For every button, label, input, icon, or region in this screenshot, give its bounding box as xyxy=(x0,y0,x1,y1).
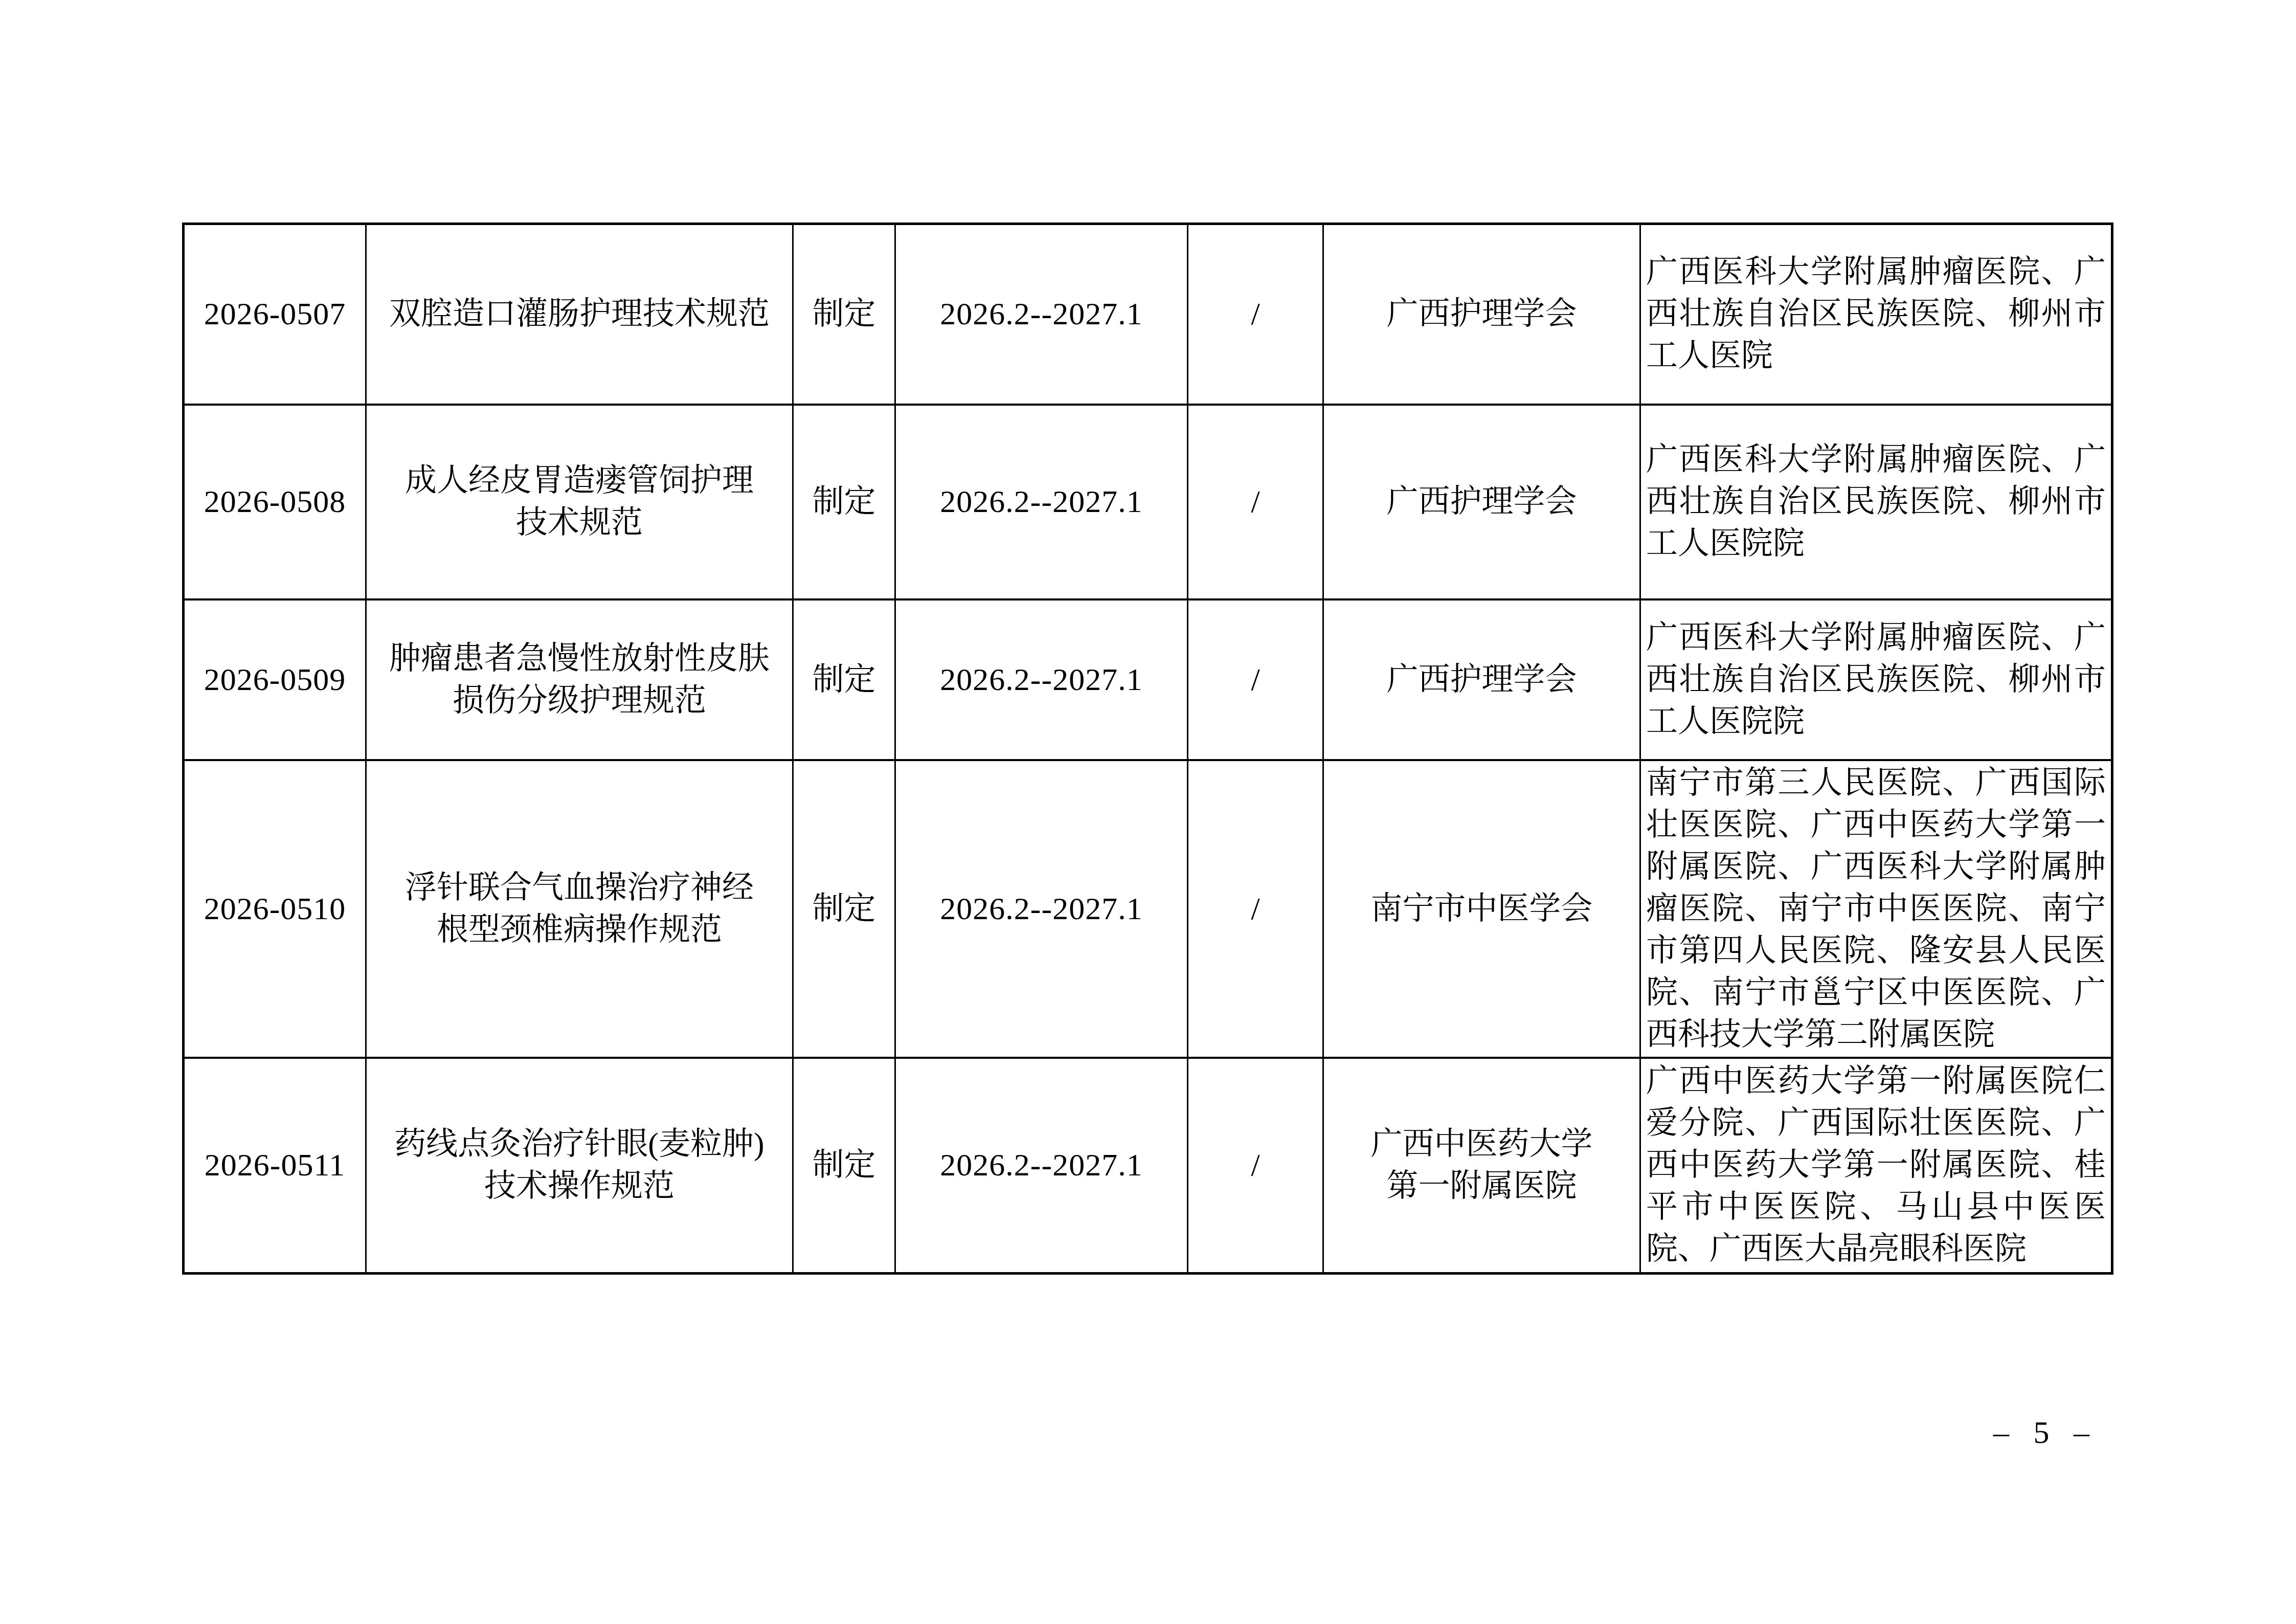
table-row: 2026-0511 药线点灸治疗针眼(麦粒肿) 技术操作规范 制定 2026.2… xyxy=(184,1058,2112,1274)
revision-type-cell: 制定 xyxy=(793,760,895,1058)
standard-name-cell: 浮针联合气血操治疗神经 根型颈椎病操作规范 xyxy=(366,760,793,1058)
plan-number-cell: 2026-0507 xyxy=(184,224,366,405)
proposing-org-cell: 广西护理学会 xyxy=(1323,405,1640,599)
table-row: 2026-0510 浮针联合气血操治疗神经 根型颈椎病操作规范 制定 2026.… xyxy=(184,760,2112,1058)
standard-name-cell: 成人经皮胃造瘘管饲护理 技术规范 xyxy=(366,405,793,599)
drafting-units-cell: 广西中医药大学第一附属医院仁爱分院、广西国际壮医医院、广西中医药大学第一附属医院… xyxy=(1640,1058,2112,1274)
table-row: 2026-0507 双腔造口灌肠护理技术规范 制定 2026.2--2027.1… xyxy=(184,224,2112,405)
drafting-units-cell: 南宁市第三人民医院、广西国际壮医医院、广西中医药大学第一附属医院、广西医科大学附… xyxy=(1640,760,2112,1058)
schedule-cell: 2026.2--2027.1 xyxy=(895,1058,1188,1274)
schedule-cell: 2026.2--2027.1 xyxy=(895,405,1188,599)
proposing-org-cell: 广西护理学会 xyxy=(1323,599,1640,760)
schedule-cell: 2026.2--2027.1 xyxy=(895,224,1188,405)
proposing-org-cell: 广西护理学会 xyxy=(1323,224,1640,405)
standard-name-cell: 药线点灸治疗针眼(麦粒肿) 技术操作规范 xyxy=(366,1058,793,1274)
slash-cell: / xyxy=(1188,405,1323,599)
schedule-cell: 2026.2--2027.1 xyxy=(895,760,1188,1058)
slash-cell: / xyxy=(1188,1058,1323,1274)
plan-number-cell: 2026-0510 xyxy=(184,760,366,1058)
drafting-units-cell: 广西医科大学附属肿瘤医院、广西壮族自治区民族医院、柳州市工人医院院 xyxy=(1640,599,2112,760)
drafting-units-cell: 广西医科大学附属肿瘤医院、广西壮族自治区民族医院、柳州市工人医院 xyxy=(1640,224,2112,405)
drafting-units-cell: 广西医科大学附属肿瘤医院、广西壮族自治区民族医院、柳州市工人医院院 xyxy=(1640,405,2112,599)
plan-number-cell: 2026-0511 xyxy=(184,1058,366,1274)
standard-name-cell: 双腔造口灌肠护理技术规范 xyxy=(366,224,793,405)
revision-type-cell: 制定 xyxy=(793,1058,895,1274)
schedule-cell: 2026.2--2027.1 xyxy=(895,599,1188,760)
proposing-org-cell: 广西中医药大学 第一附属医院 xyxy=(1323,1058,1640,1274)
slash-cell: / xyxy=(1188,760,1323,1058)
plan-number-cell: 2026-0509 xyxy=(184,599,366,760)
slash-cell: / xyxy=(1188,224,1323,405)
revision-type-cell: 制定 xyxy=(793,405,895,599)
revision-type-cell: 制定 xyxy=(793,224,895,405)
page-number: – 5 – xyxy=(1974,1415,2117,1451)
standard-name-cell: 肿瘤患者急慢性放射性皮肤 损伤分级护理规范 xyxy=(366,599,793,760)
standards-plan-table: 2026-0507 双腔造口灌肠护理技术规范 制定 2026.2--2027.1… xyxy=(182,223,2113,1275)
proposing-org-cell: 南宁市中医学会 xyxy=(1323,760,1640,1058)
slash-cell: / xyxy=(1188,599,1323,760)
table-row: 2026-0509 肿瘤患者急慢性放射性皮肤 损伤分级护理规范 制定 2026.… xyxy=(184,599,2112,760)
plan-number-cell: 2026-0508 xyxy=(184,405,366,599)
table-row: 2026-0508 成人经皮胃造瘘管饲护理 技术规范 制定 2026.2--20… xyxy=(184,405,2112,599)
revision-type-cell: 制定 xyxy=(793,599,895,760)
